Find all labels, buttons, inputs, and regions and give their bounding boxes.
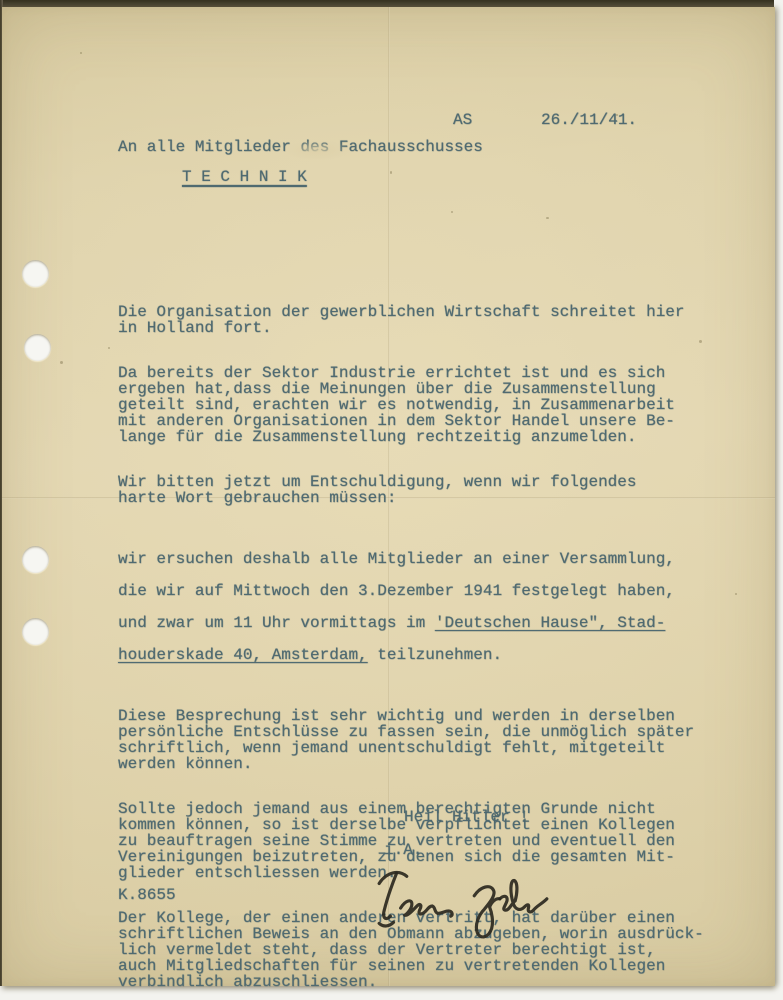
punch-hole <box>24 334 51 361</box>
punch-hole <box>22 618 49 645</box>
subject-line: T E C H N I K <box>182 169 311 185</box>
closing-salute: Heil Hitler ! <box>404 809 529 825</box>
signature-handwriting <box>372 865 554 947</box>
meeting-address-underlined: houderskade 40, Amsterdam, <box>118 646 368 664</box>
paragraph-4-line-4: houderskade 40, Amsterdam, teilzunehmen. <box>118 647 726 663</box>
meeting-address-suffix: teilzunehmen. <box>368 646 502 664</box>
punch-hole <box>22 260 49 287</box>
paragraph-4: wir ersuchen deshalb alle Mitglieder an … <box>118 535 726 679</box>
scanned-letter: AS 26./11/41. An alle Mitglieder des Fac… <box>0 0 783 1000</box>
paragraph-4-line-2: die wir auf Mittwoch den 3.Dezember 1941… <box>118 583 726 599</box>
meeting-place-underlined: 'Deutschen Hause", Stad- <box>435 614 665 632</box>
recipient-line: An alle Mitglieder des Fachausschusses <box>118 139 483 155</box>
paragraph-3: Wir bitten jetzt um Entschuldigung, wenn… <box>118 474 726 506</box>
paragraph-5: Diese Besprechung ist sehr wichtig und w… <box>118 708 726 772</box>
letter-page: AS 26./11/41. An alle Mitglieder des Fac… <box>2 7 775 986</box>
header-date: 26./11/41. <box>541 112 637 128</box>
meeting-place-prefix: und zwar um 11 Uhr vormittags im <box>118 614 435 632</box>
punch-hole <box>22 546 49 573</box>
paragraph-2: Da bereits der Sektor Industrie errichte… <box>118 365 726 445</box>
file-number: K.8655 <box>118 887 176 903</box>
paragraph-1: Die Organisation der gewerblichen Wirtsc… <box>118 304 726 336</box>
per-procura-abbreviation: i.A. <box>384 842 422 858</box>
header-reference: AS <box>453 112 472 128</box>
paragraph-4-line-1: wir ersuchen deshalb alle Mitglieder an … <box>118 551 726 567</box>
paragraph-4-line-3: und zwar um 11 Uhr vormittags im 'Deutsc… <box>118 615 726 631</box>
